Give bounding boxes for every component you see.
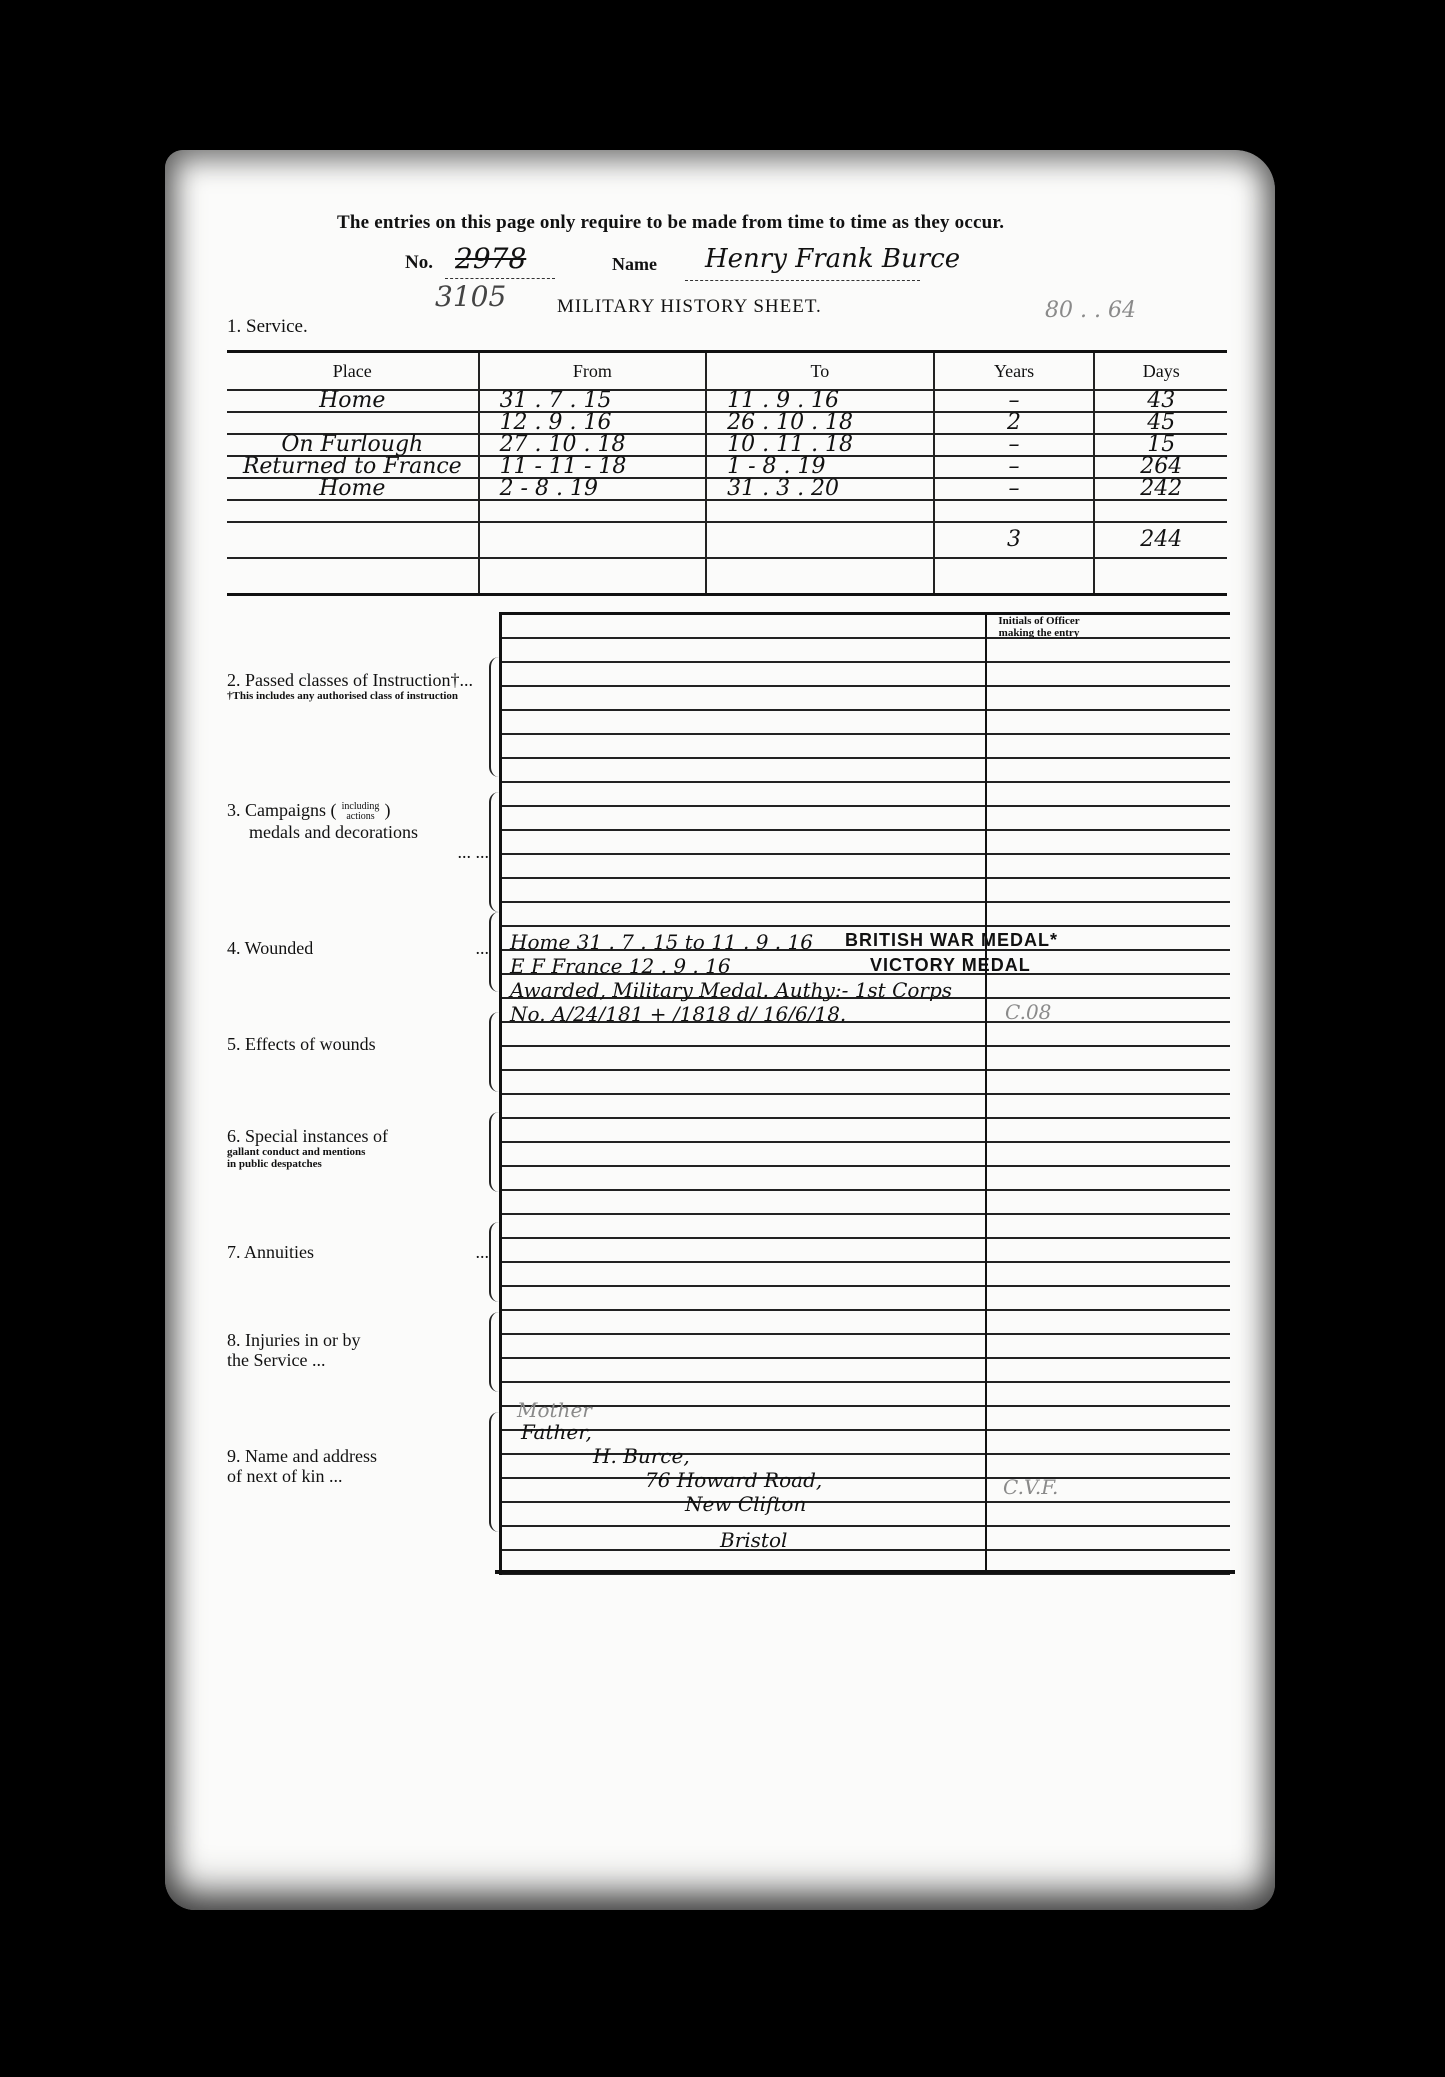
section-wounded: 4. Wounded ...: [227, 938, 489, 958]
total-cell-place: [227, 522, 479, 558]
section-instruction: 2. Passed classes of Instruction† ... †T…: [227, 670, 473, 702]
total-cell-from: [479, 522, 707, 558]
service-cell-place: On Furlough: [227, 434, 479, 456]
service-table: Place From To Years Days Home31 . 7 . 15…: [227, 350, 1227, 596]
stamp-british-war-medal: BRITISH WAR MEDAL*: [845, 930, 1058, 951]
section-label: 9. Name and address of next of kin: [227, 1446, 377, 1486]
service-row: On Furlough27 . 10 . 1810 . 11 . 18–15: [227, 434, 1227, 456]
section-campaigns: 3. Campaigns (including actions) medals …: [227, 800, 489, 862]
section-label-inc: including actions: [337, 802, 385, 822]
service-cell-to: 10 . 11 . 18: [706, 434, 934, 456]
section-label: 4. Wounded: [227, 938, 313, 958]
number-line: [445, 278, 555, 279]
section-dots: ...: [312, 1350, 326, 1370]
service-cell-from: 27 . 10 . 18: [479, 434, 707, 456]
service-row: 12 . 9 . 1626 . 10 . 18245: [227, 412, 1227, 434]
service-row: Home2 - 8 . 1931 . 3 . 20–242: [227, 478, 1227, 500]
total-cell-to: [706, 522, 934, 558]
section-label: 2. Passed classes of Instruction†: [227, 670, 459, 690]
bottom-rule: [495, 1570, 1235, 1574]
service-cell-from: 12 . 9 . 16: [479, 412, 707, 434]
name-label: Name: [612, 254, 657, 275]
service-row: [227, 500, 1227, 522]
service-cell-years: –: [934, 478, 1095, 500]
page-title: MILITARY HISTORY SHEET.: [557, 296, 822, 318]
service-cell-days: 45: [1094, 412, 1227, 434]
section-dots: ...: [459, 670, 473, 690]
service-cell-years: –: [934, 456, 1095, 478]
section-dots: ...: [476, 938, 490, 958]
section-next-of-kin: 9. Name and address of next of kin ...: [227, 1446, 387, 1486]
section-special: 6. Special instances of gallant conduct …: [227, 1126, 388, 1170]
service-cell-days: 242: [1094, 478, 1227, 500]
service-cell-days: 264: [1094, 456, 1227, 478]
service-cell-days: 15: [1094, 434, 1227, 456]
service-cell-from: 11 - 11 - 18: [479, 456, 707, 478]
entries-grid: [499, 612, 1230, 1575]
kin-address-1: 76 Howard Road,: [645, 1468, 822, 1492]
instruction-text: The entries on this page only require to…: [337, 212, 1004, 234]
kin-initials: C.V.F.: [1003, 1475, 1058, 1499]
section-label: 6. Special instances of: [227, 1126, 388, 1146]
number-current: 3105: [435, 280, 506, 313]
service-blank-row: [227, 558, 1227, 595]
number-struck: 2978: [455, 242, 526, 275]
service-cell-to: 26 . 10 . 18: [706, 412, 934, 434]
campaign-initials: C.08: [1005, 1000, 1051, 1024]
initials-header: Initials of Officer making the entry: [991, 615, 1087, 639]
total-cell-days: 244: [1094, 522, 1227, 558]
service-cell-years: –: [934, 390, 1095, 412]
section-label: 5. Effects of wounds: [227, 1034, 376, 1054]
stamp-victory-medal: VICTORY MEDAL: [870, 955, 1031, 976]
kin-address-2: New Clifton: [685, 1492, 806, 1516]
kin-address-3: Bristol: [720, 1528, 787, 1552]
blank-cell: [934, 558, 1095, 595]
service-cell-years: 2: [934, 412, 1095, 434]
section-note: †This includes any authorised class of i…: [227, 690, 473, 702]
section-dots: ... ...: [227, 842, 489, 862]
service-total-row: 3244: [227, 522, 1227, 558]
initials-column-rule: [985, 612, 987, 1572]
section-effects: 5. Effects of wounds: [227, 1034, 376, 1054]
blank-cell: [479, 558, 707, 595]
service-cell-place: Home: [227, 390, 479, 412]
margin-note: 80 . . 64: [1045, 298, 1136, 323]
section-dots: ...: [476, 1242, 490, 1262]
service-cell-place: [227, 412, 479, 434]
col-place: Place: [227, 352, 479, 391]
kin-name: H. Burce,: [593, 1444, 690, 1468]
service-cell-to: 31 . 3 . 20: [706, 478, 934, 500]
service-cell-years: –: [934, 434, 1095, 456]
campaign-line-1: Home 31 . 7 . 15 to 11 . 9 . 16: [510, 930, 813, 954]
service-row: Returned to France11 - 11 - 181 - 8 . 19…: [227, 456, 1227, 478]
service-cell-days: [1094, 500, 1227, 522]
service-cell-from: 2 - 8 . 19: [479, 478, 707, 500]
blank-cell: [227, 558, 479, 595]
blank-cell: [1094, 558, 1227, 595]
service-label: 1. Service.: [227, 316, 308, 338]
blank-cell: [706, 558, 934, 595]
section-label: 3. Campaigns: [227, 800, 326, 820]
service-cell-from: [479, 500, 707, 522]
name-value: Henry Frank Burce: [705, 244, 960, 274]
section-note: gallant conduct and mentions in public d…: [227, 1146, 377, 1170]
col-to: To: [706, 352, 934, 391]
section-annuities: 7. Annuities ...: [227, 1242, 489, 1262]
section-dots: ...: [329, 1466, 343, 1486]
campaign-line-3: Awarded, Military Medal. Authy:- 1st Cor…: [510, 978, 952, 1002]
service-cell-place: Home: [227, 478, 479, 500]
col-days: Days: [1094, 352, 1227, 391]
col-years: Years: [934, 352, 1095, 391]
section-label-rest: medals and decorations: [227, 822, 489, 842]
service-cell-to: 11 . 9 . 16: [706, 390, 934, 412]
name-line: [685, 280, 920, 281]
service-cell-days: 43: [1094, 390, 1227, 412]
campaign-line-4: No. A/24/181 + /1818 d/ 16/6/18.: [510, 1002, 846, 1026]
section-label: 7. Annuities: [227, 1242, 314, 1262]
service-cell-place: [227, 500, 479, 522]
service-cell-to: 1 - 8 . 19: [706, 456, 934, 478]
service-cell-from: 31 . 7 . 15: [479, 390, 707, 412]
number-label: No.: [405, 252, 433, 274]
service-row: Home31 . 7 . 1511 . 9 . 16–43: [227, 390, 1227, 412]
military-history-sheet: The entries on this page only require to…: [165, 150, 1275, 1910]
section-injuries: 8. Injuries in or by the Service ...: [227, 1330, 377, 1370]
service-cell-place: Returned to France: [227, 456, 479, 478]
campaign-line-2: E F France 12 . 9 . 16: [510, 954, 731, 978]
service-cell-years: [934, 500, 1095, 522]
total-cell-years: 3: [934, 522, 1095, 558]
kin-relation: Father,: [521, 1420, 592, 1444]
col-from: From: [479, 352, 707, 391]
service-cell-to: [706, 500, 934, 522]
kin-struck: Mother: [517, 1398, 592, 1422]
section-label: 8. Injuries in or by the Service: [227, 1330, 360, 1370]
